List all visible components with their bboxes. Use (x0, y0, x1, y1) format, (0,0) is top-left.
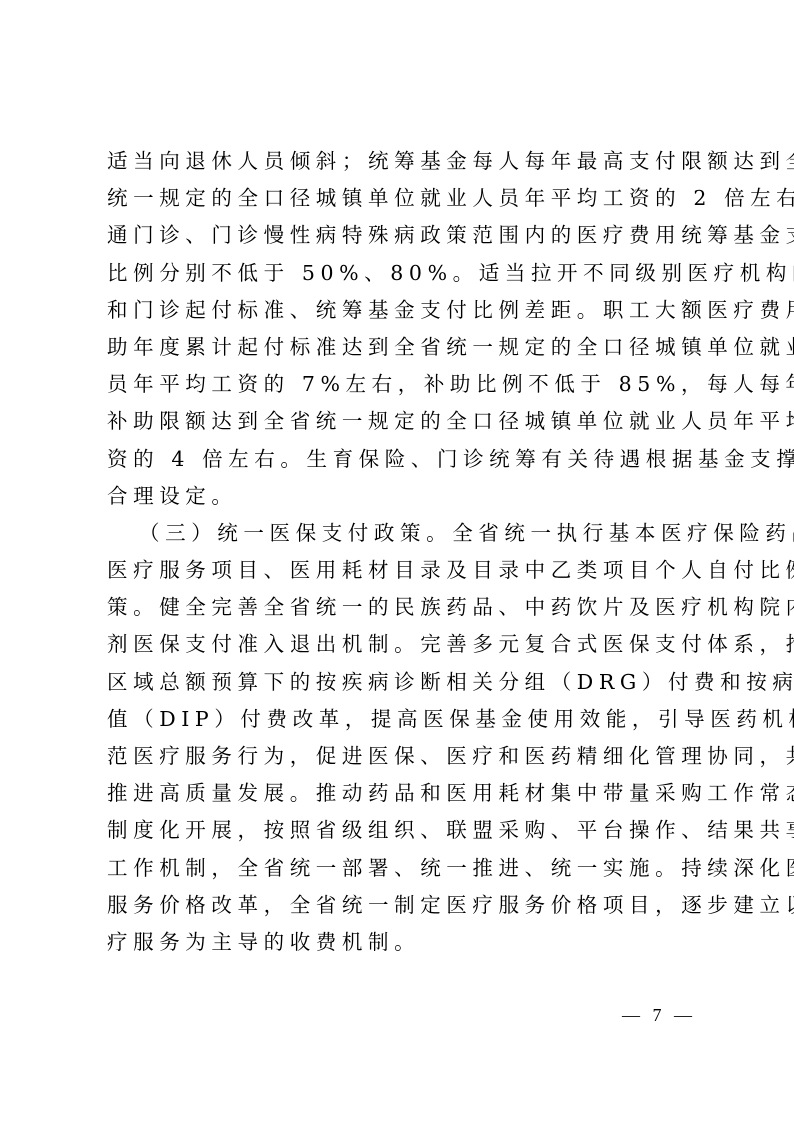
section-heading-line: （三）统一医保支付政策。全省统一执行基本医疗保险药品、 (107, 515, 692, 552)
text-line: 合理设定。 (107, 478, 692, 515)
paragraph-2-unified-payment-policy: （三）统一医保支付政策。全省统一执行基本医疗保险药品、 医疗服务项目、医用耗材目… (107, 515, 692, 961)
paragraph-1: 适当向退休人员倾斜；统筹基金每人每年最高支付限额达到全省 统一规定的全口径城镇单… (107, 143, 692, 515)
text-line: 医疗服务项目、医用耗材目录及目录中乙类项目个人自付比例政 (107, 552, 692, 589)
text-line: 通门诊、门诊慢性病特殊病政策范围内的医疗费用统筹基金支付 (107, 217, 692, 254)
text-line: 区域总额预算下的按疾病诊断相关分组（DRG）付费和按病种分 (107, 664, 692, 701)
text-line: 适当向退休人员倾斜；统筹基金每人每年最高支付限额达到全省 (107, 143, 692, 180)
text-line: 疗服务为主导的收费机制。 (107, 924, 692, 961)
document-page: 适当向退休人员倾斜；统筹基金每人每年最高支付限额达到全省 统一规定的全口径城镇单… (107, 143, 692, 961)
text-line: 统一规定的全口径城镇单位就业人员年平均工资的 2 倍左右。普 (107, 180, 692, 217)
text-line: 推进高质量发展。推动药品和医用耗材集中带量采购工作常态化 (107, 775, 692, 812)
text-line: 和门诊起付标准、统筹基金支付比例差距。职工大额医疗费用补 (107, 292, 692, 329)
text-line: 范医疗服务行为，促进医保、医疗和医药精细化管理协同，共同 (107, 738, 692, 775)
text-line: 策。健全完善全省统一的民族药品、中药饮片及医疗机构院内制 (107, 589, 692, 626)
text-line: 员年平均工资的 7%左右，补助比例不低于 85%，每人每年最高 (107, 366, 692, 403)
text-line: 剂医保支付准入退出机制。完善多元复合式医保支付体系，推进 (107, 626, 692, 663)
text-line: 制度化开展，按照省级组织、联盟采购、平台操作、结果共享的 (107, 812, 692, 849)
text-line: 工作机制，全省统一部署、统一推进、统一实施。持续深化医疗 (107, 850, 692, 887)
text-line: 助年度累计起付标准达到全省统一规定的全口径城镇单位就业人 (107, 329, 692, 366)
text-line: 服务价格改革，全省统一制定医疗服务价格项目，逐步建立以医 (107, 887, 692, 924)
text-line: 值（DIP）付费改革，提高医保基金使用效能，引导医药机构规 (107, 701, 692, 738)
page-number: — 7 — (622, 1005, 696, 1026)
text-line: 比例分别不低于 50%、80%。适当拉开不同级别医疗机构的住院 (107, 255, 692, 292)
text-line: 资的 4 倍左右。生育保险、门诊统筹有关待遇根据基金支撑能力 (107, 441, 692, 478)
text-line: 补助限额达到全省统一规定的全口径城镇单位就业人员年平均工 (107, 403, 692, 440)
